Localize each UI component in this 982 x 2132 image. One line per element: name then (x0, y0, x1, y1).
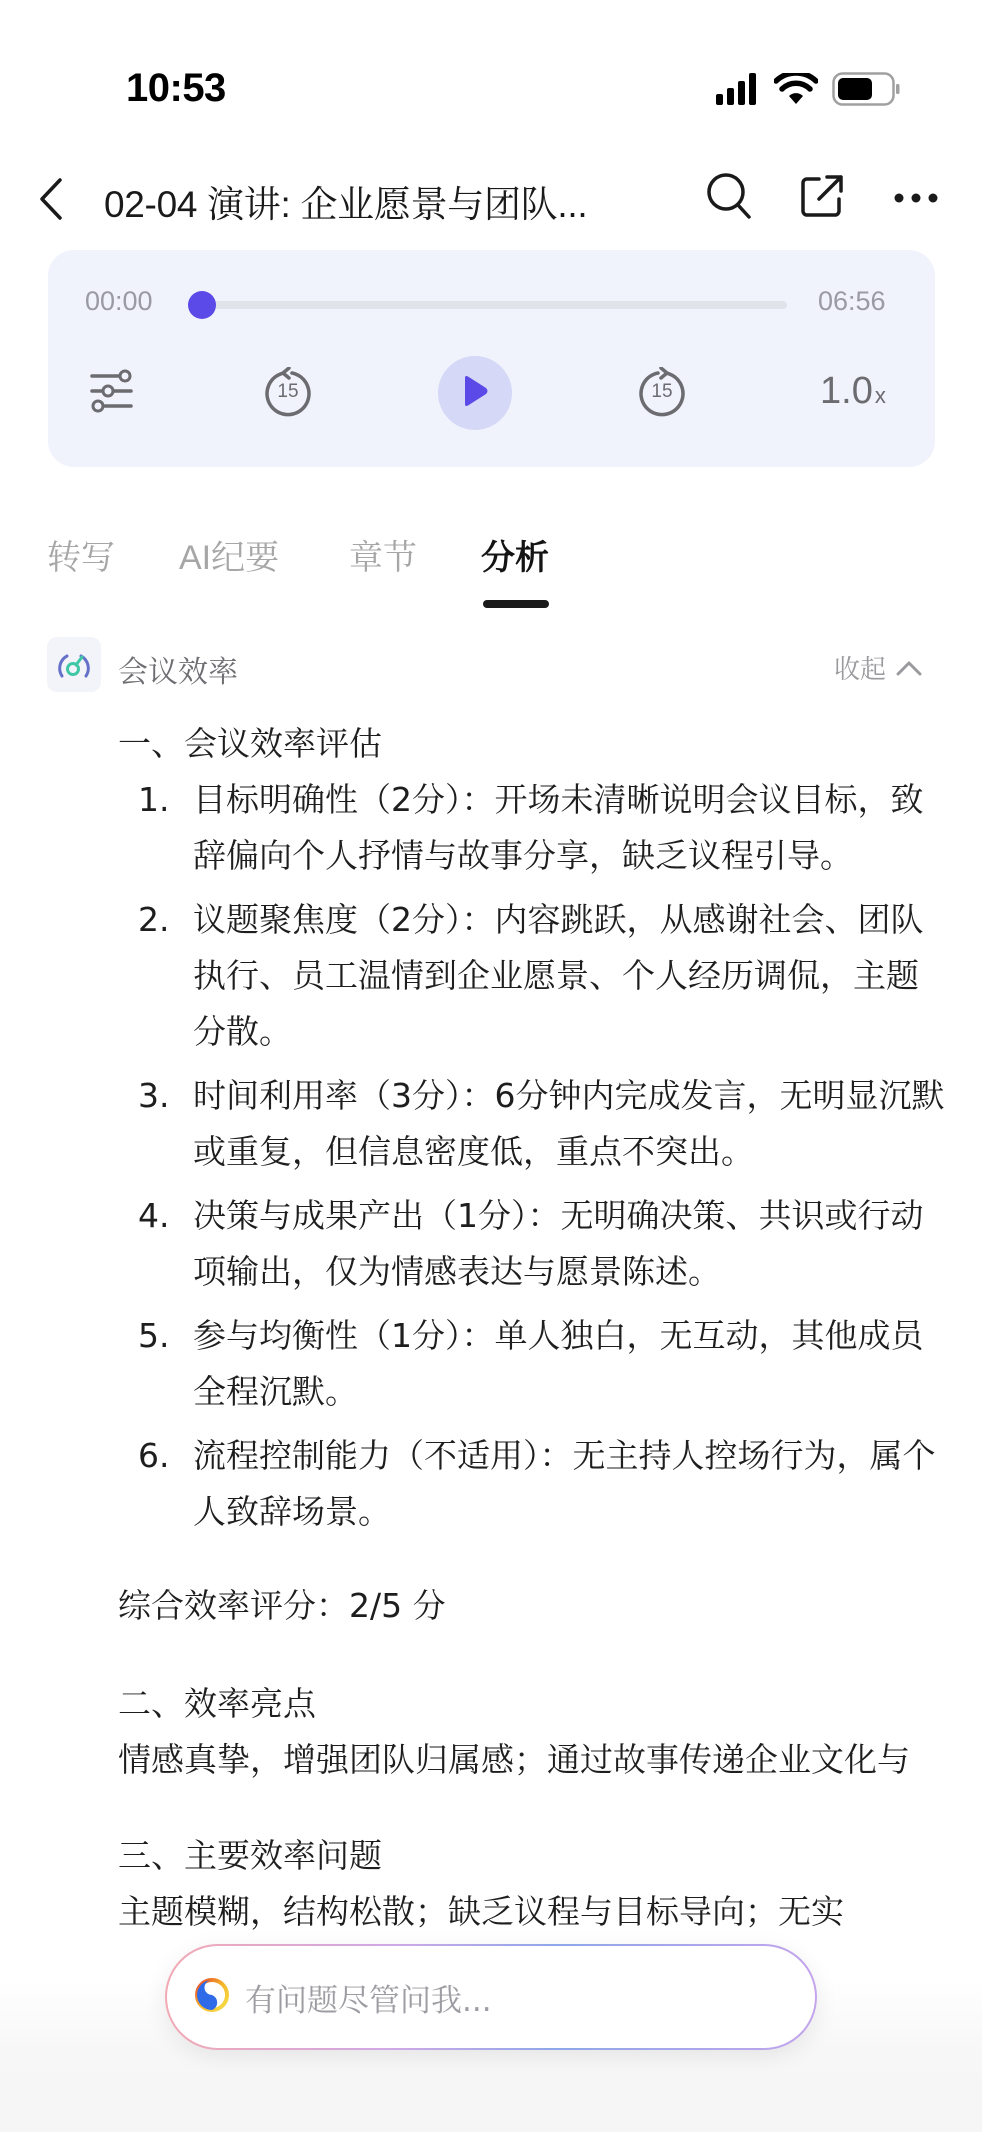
share-button[interactable] (796, 172, 848, 224)
play-button[interactable] (438, 356, 512, 430)
list-item: 6.流程控制能力（不适用）：无主持人控场行为，属个人致辞场景。 (118, 1428, 948, 1540)
search-button[interactable] (703, 172, 755, 224)
tab-analysis[interactable]: 分析 (481, 530, 549, 579)
forward-15-icon: 15 (636, 367, 688, 419)
issues-text: 主题模糊，结构松散；缺乏议程与目标导向；无实 (118, 1884, 948, 1940)
analysis-content: 一、会议效率评估 1.目标明确性（2分）：开场未清晰说明会议目标，致辞偏向个人抒… (118, 716, 948, 1940)
tab-chapters[interactable]: 章节 (349, 530, 417, 579)
status-icons (716, 72, 900, 110)
signal-icon (716, 73, 760, 109)
rewind-15-icon: 15 (262, 367, 314, 419)
list-item: 3.时间利用率（3分）：6分钟内完成发言，无明显沉默或重复，但信息密度低，重点不… (118, 1068, 948, 1180)
heading-efficiency-evaluation: 一、会议效率评估 (118, 716, 948, 772)
sliders-icon (89, 368, 135, 418)
progress-thumb[interactable] (188, 291, 216, 319)
settings-button[interactable] (84, 365, 140, 421)
tab-ai-summary[interactable]: AI纪要 (179, 530, 279, 579)
progress-track[interactable] (202, 301, 787, 309)
page-title: 02-04 演讲: 企业愿景与团队... (104, 174, 587, 228)
share-icon (799, 173, 845, 223)
more-icon (893, 189, 939, 208)
more-button[interactable] (890, 172, 942, 224)
gauge-icon (47, 637, 101, 692)
ai-assistant-icon (193, 1976, 231, 2018)
rewind-15-button[interactable]: 15 (260, 365, 316, 421)
tab-transcript[interactable]: 转写 (47, 530, 115, 579)
section-title: 会议效率 (118, 647, 238, 691)
battery-icon (832, 72, 900, 110)
list-item: 5.参与均衡性（1分）：单人独白，无互动，其他成员全程沉默。 (118, 1308, 948, 1420)
current-time: 00:00 (85, 286, 153, 317)
total-time: 06:56 (818, 286, 886, 317)
search-icon (705, 171, 753, 225)
playback-speed-button[interactable]: 1.0x (820, 370, 886, 413)
play-icon (461, 375, 489, 411)
heading-highlights: 二、效率亮点 (118, 1676, 948, 1732)
heading-issues: 三、主要效率问题 (118, 1828, 948, 1884)
audio-player (48, 250, 935, 467)
chevron-up-icon (896, 653, 922, 683)
active-tab-indicator (483, 600, 549, 608)
forward-15-button[interactable]: 15 (634, 365, 690, 421)
list-item: 2.议题聚焦度（2分）：内容跳跃，从感谢社会、团队执行、员工温情到企业愿景、个人… (118, 892, 948, 1060)
collapse-button[interactable]: 收起 (834, 649, 922, 686)
back-button[interactable] (34, 176, 70, 222)
status-time: 10:53 (126, 66, 226, 111)
wifi-icon (774, 73, 818, 109)
overall-score: 综合效率评分：2/5 分 (118, 1578, 948, 1634)
ask-ai-input[interactable]: 有问题尽管问我... (165, 1944, 817, 2050)
ask-placeholder: 有问题尽管问我... (245, 1975, 492, 2020)
list-item: 1.目标明确性（2分）：开场未清晰说明会议目标，致辞偏向个人抒情与故事分享，缺乏… (118, 772, 948, 884)
highlights-text: 情感真挚，增强团队归属感；通过故事传递企业文化与 (118, 1732, 948, 1788)
list-item: 4.决策与成果产出（1分）：无明确决策、共识或行动项输出，仅为情感表达与愿景陈述… (118, 1188, 948, 1300)
evaluation-list: 1.目标明确性（2分）：开场未清晰说明会议目标，致辞偏向个人抒情与故事分享，缺乏… (118, 772, 948, 1540)
